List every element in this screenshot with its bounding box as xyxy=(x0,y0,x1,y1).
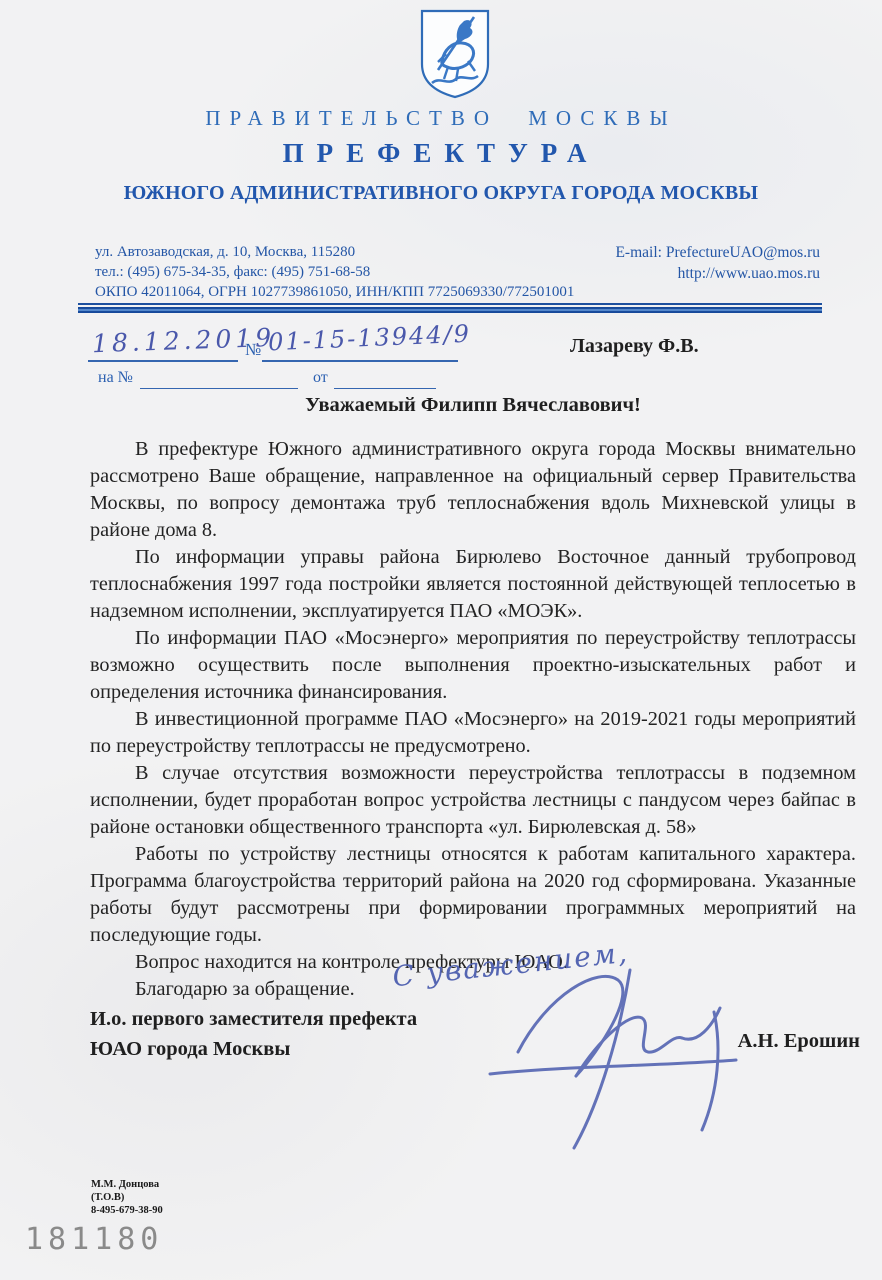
handwritten-signature-icon xyxy=(478,952,744,1152)
contact-email: E-mail: PrefectureUAO@mos.ru xyxy=(615,242,820,263)
letter-body: В префектуре Южного административного ок… xyxy=(90,436,856,1003)
reply-to-label: на № xyxy=(98,369,133,387)
number-sign: № xyxy=(245,340,261,360)
reply-from-label: от xyxy=(313,369,328,387)
reply-from-underline xyxy=(334,388,436,389)
prefecture-title: ПРЕФЕКТУРА xyxy=(0,138,882,169)
addressee-name: Лазареву Ф.В. xyxy=(570,335,699,358)
body-paragraph: В префектуре Южного административного ок… xyxy=(90,436,856,544)
executor-block: М.М. Донцова (Т.О.В) 8-495-679-38-90 xyxy=(91,1178,163,1217)
contact-block: ул. Автозаводская, д. 10, Москва, 115280… xyxy=(95,242,820,302)
number-underline xyxy=(262,360,458,362)
executor-name: М.М. Донцова xyxy=(91,1178,163,1191)
body-paragraph: В случае отсутствия возможности переустр… xyxy=(90,760,856,841)
reference-number-handwritten: 01-15-13944/9 xyxy=(267,320,471,357)
body-paragraph: Работы по устройству лестницы относятся … xyxy=(90,841,856,949)
contact-registration: ОКПО 42011064, ОГРН 1027739861050, ИНН/К… xyxy=(95,282,574,302)
executor-note: (Т.О.В) xyxy=(91,1191,163,1204)
district-line: ЮЖНОГО АДМИНИСТРАТИВНОГО ОКРУГА ГОРОДА М… xyxy=(0,182,882,205)
executor-phone: 8-495-679-38-90 xyxy=(91,1204,163,1217)
contact-phone-fax: тел.: (495) 675-34-35, факс: (495) 751-6… xyxy=(95,262,574,282)
signoff-position-line1: И.о. первого заместителя префекта xyxy=(90,1004,417,1034)
body-paragraph: По информации ПАО «Мосэнерго» мероприяти… xyxy=(90,625,856,706)
salutation: Уважаемый Филипп Вячеславович! xyxy=(90,394,856,417)
contact-website: http://www.uao.mos.ru xyxy=(615,263,820,284)
date-underline xyxy=(88,360,238,362)
scan-stamp-number: 181180 xyxy=(25,1222,163,1257)
body-paragraph: По информации управы района Бирюлево Вос… xyxy=(90,544,856,625)
signoff-position-line2: ЮАО города Москвы xyxy=(90,1034,417,1064)
reply-to-underline xyxy=(140,388,298,389)
moscow-coat-of-arms-icon xyxy=(418,8,492,100)
header-divider xyxy=(78,303,822,313)
scanned-letter-page: ПРАВИТЕЛЬСТВО МОСКВЫ ПРЕФЕКТУРА ЮЖНОГО А… xyxy=(0,0,882,1280)
contact-address: ул. Автозаводская, д. 10, Москва, 115280 xyxy=(95,242,574,262)
signoff-name: А.Н. Ерошин xyxy=(738,1030,860,1053)
signoff-position: И.о. первого заместителя префекта ЮАО го… xyxy=(90,1004,417,1064)
body-paragraph: В инвестиционной программе ПАО «Мосэнерг… xyxy=(90,706,856,760)
government-line: ПРАВИТЕЛЬСТВО МОСКВЫ xyxy=(0,106,882,131)
